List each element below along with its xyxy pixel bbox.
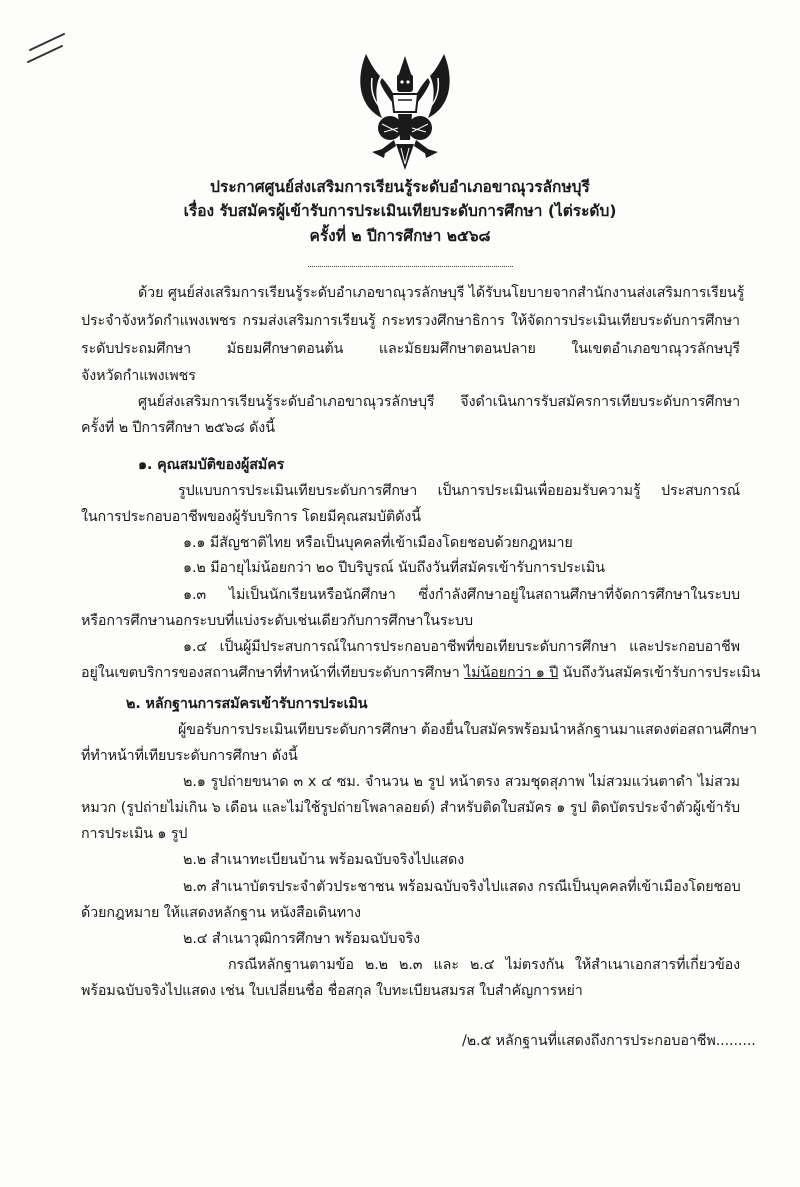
document-page: ประกาศศูนย์ส่งเสริมการเรียนรู้ระดับอำเภอ… bbox=[0, 0, 800, 1187]
section-1-text: ในการประกอบอาชีพของผู้รับบริการ โดยมีคุณ… bbox=[81, 506, 421, 528]
section-1-item: ๑.๑ มีสัญชาติไทย หรือเป็นบุคคลที่เข้าเมื… bbox=[183, 532, 573, 554]
section-2-item: ๒.๑ รูปถ่ายขนาด ๓ x ๔ ซม. จำนวน ๒ รูป หน… bbox=[183, 771, 740, 793]
title-separator bbox=[308, 266, 513, 267]
announcement-round: ครั้งที่ ๒ ปีการศึกษา ๒๕๖๘ bbox=[0, 225, 800, 247]
section-2-note: กรณีหลักฐานตามข้อ ๒.๒ ๒.๓ และ ๒.๔ ไม่ตรง… bbox=[228, 954, 740, 976]
section-1-text: รูปแบบการประเมินเทียบระดับการศึกษา เป็นก… bbox=[178, 480, 740, 502]
announcement-subject: เรื่อง รับสมัครผู้เข้ารับการประเมินเทียบ… bbox=[0, 200, 800, 222]
announcement-title: ประกาศศูนย์ส่งเสริมการเรียนรู้ระดับอำเภอ… bbox=[0, 176, 800, 198]
section-1-item: ๑.๔ เป็นผู้มีประสบการณ์ในการประกอบอาชีพท… bbox=[183, 636, 740, 658]
pen-mark-icon bbox=[22, 28, 72, 68]
section-2-text: ที่ทำหน้าที่เทียบระดับการศึกษา ดังนี้ bbox=[81, 745, 298, 767]
intro-line: ระดับประถมศึกษา มัธยมศึกษาตอนต้น และมัธย… bbox=[81, 338, 740, 360]
section-1-item: ๑.๒ มีอายุไม่น้อยกว่า ๒๐ ปีบริบูรณ์ นับถ… bbox=[183, 557, 605, 579]
section-2-item: ๒.๔ สำเนาวุฒิการศึกษา พร้อมฉบับจริง bbox=[183, 928, 420, 950]
underlined-duration: ไม่น้อยกว่า ๑ ปี bbox=[464, 665, 558, 681]
intro-line: ประจำจังหวัดกำแพงเพชร กรมส่งเสริมการเรีย… bbox=[81, 310, 740, 332]
section-2-item: ด้วยกฎหมาย ให้แสดงหลักฐาน หนังสือเดินทาง bbox=[81, 902, 361, 924]
section-1-item: หรือการศึกษานอกระบบที่แบ่งระดับเช่นเดียว… bbox=[81, 610, 473, 632]
intro-line: ศูนย์ส่งเสริมการเรียนรู้ระดับอำเภอขาณุวร… bbox=[138, 391, 740, 413]
section-1-item-text: อยู่ในเขตบริการของสถานศึกษาที่ทำหน้าที่เ… bbox=[81, 665, 464, 681]
section-2-item: ๒.๒ สำเนาทะเบียนบ้าน พร้อมฉบับจริงไปแสดง bbox=[183, 849, 464, 871]
intro-line: ด้วย ศูนย์ส่งเสริมการเรียนรู้ระดับอำเภอข… bbox=[138, 282, 740, 304]
intro-line: จังหวัดกำแพงเพชร bbox=[81, 365, 196, 387]
section-1-heading: ๑. คุณสมบัติของผู้สมัคร bbox=[138, 454, 284, 476]
section-2-item: ๒.๓ สำเนาบัตรประจำตัวประชาชน พร้อมฉบับจร… bbox=[183, 876, 740, 898]
section-1-item: อยู่ในเขตบริการของสถานศึกษาที่ทำหน้าที่เ… bbox=[81, 662, 760, 684]
intro-line: ครั้งที่ ๒ ปีการศึกษา ๒๕๖๘ ดังนี้ bbox=[81, 417, 275, 439]
section-2-note: พร้อมฉบับจริงไปแสดง เช่น ใบเปลี่ยนชื่อ ช… bbox=[81, 980, 583, 1002]
section-2-text: ผู้ขอรับการประเมินเทียบระดับการศึกษา ต้อ… bbox=[178, 719, 740, 741]
page-continuation: /๒.๕ หลักฐานที่แสดงถึงการประกอบอาชีพ....… bbox=[462, 1030, 756, 1052]
section-1-item-text: นับถึงวันสมัครเข้ารับการประเมิน bbox=[558, 665, 760, 681]
section-2-heading: ๒. หลักฐานการสมัครเข้ารับการประเมิน bbox=[126, 693, 367, 715]
section-2-item: หมวก (รูปถ่ายไม่เกิน ๖ เดือน และไม่ใช้รู… bbox=[81, 797, 740, 819]
garuda-emblem-icon bbox=[352, 48, 458, 174]
section-1-item: ๑.๓ ไม่เป็นนักเรียนหรือนักศึกษา ซึ่งกำลั… bbox=[183, 584, 740, 606]
section-2-item: การประเมิน ๑ รูป bbox=[81, 823, 187, 845]
